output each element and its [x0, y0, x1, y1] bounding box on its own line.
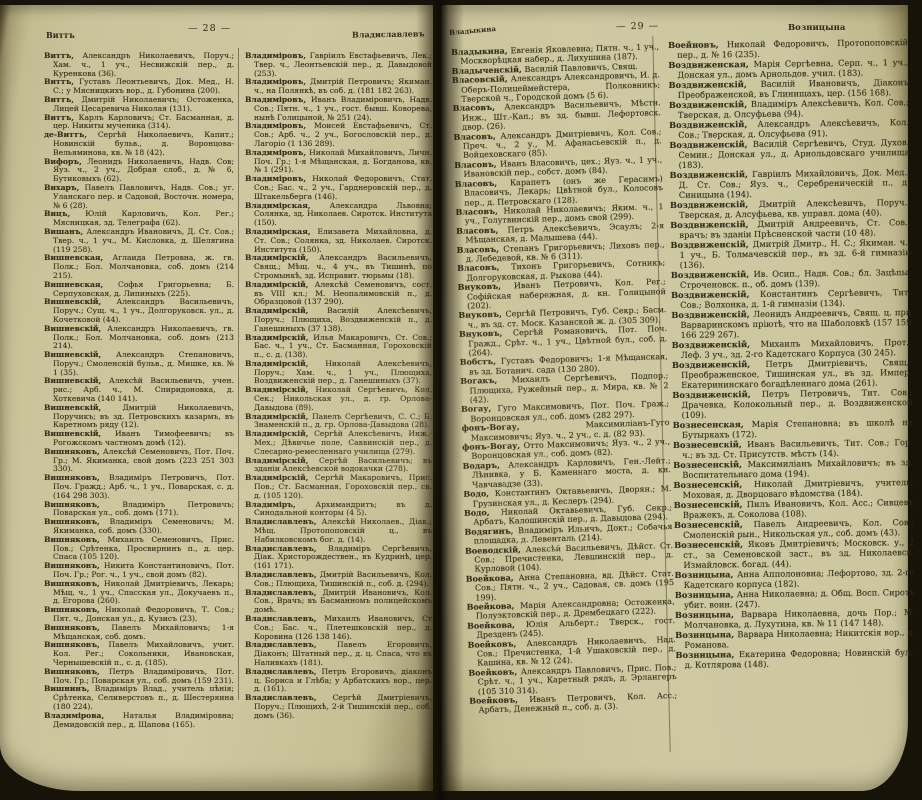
directory-entry: Вишняковъ, Николай Дмитріевичъ, Лекарь; … — [44, 580, 234, 606]
directory-entry: Воздвиженскій, Василій Сергѣевичъ, Студ.… — [669, 137, 909, 170]
entry-surname: Владимірская, — [245, 201, 330, 210]
entry-surname: Виттъ, — [44, 51, 82, 60]
directory-entry: Вознесенскій, Яковъ Дмитріевичъ; Московс… — [674, 537, 914, 570]
entry-surname: Вишняковъ, — [44, 517, 110, 526]
entry-surname: Владиміровъ, — [245, 51, 310, 60]
entry-surname: Владиславлевъ, — [245, 693, 333, 702]
entry-surname: Виттъ, — [44, 95, 82, 104]
entry-surname: Вишняковъ, — [44, 473, 109, 482]
directory-entry: де-Виттъ, Сергѣй Николаевичъ, Капит.; Но… — [44, 131, 234, 157]
directory-entry: Вишняковъ, Михаилъ Семеновичъ, Прис. Пов… — [44, 536, 234, 562]
runhead-right-28: Владиславлевъ — [352, 28, 425, 39]
entry-surname: Вишнинъ, — [44, 684, 95, 693]
directory-entry: Вишанъ, Александръ Ивановичъ, Д. Ст. Сов… — [44, 228, 234, 254]
directory-entry: Вишневскій, Александръ Васильевичъ, Пору… — [44, 298, 234, 324]
entry-surname: Вишневскій, — [44, 376, 109, 385]
faint-stamp-artifact — [540, 545, 602, 607]
directory-entry: Воздвиженскій, Гавріилъ Михайловичъ, Док… — [670, 167, 910, 200]
page-edge-shadow — [906, 0, 922, 800]
entry-surname: Вифоръ, — [44, 157, 87, 166]
entry-surname: Виттъ, — [44, 113, 79, 122]
directory-entry: Владимірская, Елизавета Михайловна, д. С… — [245, 228, 432, 254]
entry-surname: Вишняковъ, — [44, 623, 111, 632]
entry-surname: Владимірскій, — [245, 306, 327, 315]
entry-surname: Вишневскій, — [44, 297, 116, 306]
entry-surname: Вишняковъ, — [44, 667, 109, 676]
directory-entry: Владимірскій, Александръ Васильевичъ, Св… — [245, 254, 432, 280]
directory-entry: Владиміровъ, Николай Федоровичъ, Стат. С… — [245, 175, 432, 201]
entry-surname: Вишняковъ, — [44, 579, 104, 588]
entry-surname: Владимірскій, — [245, 280, 315, 289]
directory-entry: Владимірова, Наталья Владиміровна; Демид… — [44, 712, 234, 730]
page-number-28: — 28 — — [188, 23, 231, 34]
runhead-right-29: Возницына — [788, 23, 845, 33]
entry-surname: Вишневскій, — [44, 403, 123, 412]
directory-entry: Вишневскій, Александръ Николаевичъ, гв. … — [44, 325, 234, 351]
book-scan: Виттъ — 28 — Владиславлевъ Владыкина — 2… — [0, 0, 922, 800]
directory-entry: Владимірская, Александра Львовна; Солянк… — [245, 202, 432, 228]
entry-surname: Владиславлевъ, — [245, 640, 337, 649]
entry-surname: Владиміровъ, — [245, 77, 310, 86]
entry-surname: Владиславлевъ, — [245, 667, 322, 676]
entry-surname: де-Виттъ, — [44, 130, 98, 139]
entry-surname: Вишневскій, — [44, 324, 107, 333]
entry-surname: Вишняковъ, — [44, 447, 103, 456]
directory-entry: Владиславлевъ, Сергѣй Дмитріевичъ, Поруч… — [245, 694, 432, 720]
directory-entry: Вишняковъ, Никита Константиновичъ, Пот. … — [44, 562, 234, 580]
directory-entry: Виттъ, Александръ Николаевичъ, Поруч.; Х… — [44, 52, 234, 78]
directory-entry: Вишневская, Аглаида Петровна, ж. гв. Пол… — [44, 254, 234, 280]
directory-entry: Вишняковъ, Павелъ Михайловичъ; 1-я Мѣщан… — [44, 624, 234, 642]
entry-details: Густавъ Леонтьевичъ, Док. Мед., Н. С.; у… — [53, 77, 234, 95]
directory-entry: Возницына, Екатерина Федоровна; Новинскі… — [675, 647, 915, 670]
entry-surname: Владиміровъ, — [245, 95, 311, 104]
entry-surname: Вишневская, — [44, 280, 118, 289]
entry-surname: Вишняковъ, — [44, 535, 107, 544]
directory-entry: Вицъ, Юлій Карловичъ, Кол. Рег.; Мясницк… — [44, 210, 234, 228]
directory-entry: Воздвиженскій, Петръ Петровичъ, Тит. Сов… — [672, 387, 912, 420]
entry-surname: Вихаръ, — [44, 183, 85, 192]
entry-surname: Вишняковъ, — [44, 500, 122, 509]
entry-details: Карлъ Карловичъ; Ст. Басманная, д. цер. … — [53, 113, 234, 131]
directory-entry: Виттъ, Густавъ Леонтьевичъ, Док. Мед., Н… — [44, 78, 234, 96]
directory-entry: Владиміровъ, Иванъ Владиміровичъ, Надв. … — [245, 96, 432, 122]
entry-surname: Вишняковъ, — [44, 561, 104, 570]
directory-entry: Виттъ, Карлъ Карловичъ; Ст. Басманная, д… — [44, 114, 234, 132]
entry-surname: Владиміровъ, — [245, 174, 312, 183]
directory-entry: Виттъ, Дмитрій Николаевичъ; Остоженка, Л… — [44, 96, 234, 114]
directory-entry: Вишнинъ, Владиміръ Влад., учитель пѣнія;… — [44, 685, 234, 711]
entry-surname: Вишанъ, — [44, 227, 86, 236]
page-number-29: — 29 — — [616, 21, 659, 33]
directory-entry: Воздвиженскій, Петръ Дмитріевичъ, Свящ.;… — [672, 357, 912, 390]
entry-surname: Владиміровъ, — [245, 148, 309, 157]
directory-entry: Владиславлевъ, Петръ Егоровичъ, діаконъ … — [245, 668, 432, 694]
directory-entry: Вишняковъ, Петръ Владиміровичъ, Пот. Поч… — [44, 668, 234, 686]
entry-surname: Владимірскій, — [245, 253, 319, 262]
directory-entry: Воздвиженскій, Леонидъ Андреевичъ, Свящ.… — [671, 307, 911, 340]
directory-entry: Владиміровъ, Гавріилъ Евстафьевичъ, Лек.… — [245, 52, 432, 78]
entry-surname: Вишневскій, — [44, 429, 115, 438]
directory-entry: Воздвиженскій, Дмитрій Дмитр., Н. С.; Як… — [670, 237, 910, 270]
directory-entry: Владиміровъ, Дмитрій Петровичъ; Якиман. … — [245, 78, 432, 96]
entry-surname: Виттъ, — [44, 77, 79, 86]
directory-entry: Владиміровъ, Николай Михайловичъ, Личн. … — [245, 149, 432, 175]
directory-entry: Вишняковъ, Николай Федоровичъ, Т. Сов.; … — [44, 606, 234, 624]
page29-column-2: Воейновъ, Николай Федоровичъ, Протопопов… — [668, 37, 916, 670]
entry-surname: Владимірская, — [245, 227, 317, 236]
directory-entry: Вифоръ, Леонидъ Николаевичъ, Надв. Сов; … — [44, 158, 234, 184]
directory-entry: Вишняковъ, Павелъ Михайловичъ, учит. Кол… — [44, 641, 234, 667]
directory-entry: Владиміровъ, Моисей Евстафьевичъ, Ст. Со… — [245, 122, 432, 148]
entry-surname: Вишняковъ, — [44, 640, 108, 649]
directory-entry: Владиславлевъ, Павелъ Егоровичъ, Діаконъ… — [245, 641, 432, 667]
entry-surname: Вишняковъ, — [44, 605, 105, 614]
directory-entry: Вишневская, Софья Григорьевна; Б. Серпух… — [44, 281, 234, 299]
entry-surname: Владимірова, — [44, 711, 123, 720]
book-fold-shadow — [416, 0, 464, 800]
entry-surname: Вишневскій, — [44, 350, 116, 359]
entry-surname: Вишневская, — [44, 253, 112, 262]
entry-surname: Владиміровъ, — [245, 121, 314, 130]
entry-surname: Вицъ, — [44, 209, 85, 218]
runhead-left-28: Виттъ — [46, 30, 75, 40]
directory-entry: Вихаръ, Павелъ Павловичъ, Надв. Сов.; уг… — [44, 184, 234, 210]
